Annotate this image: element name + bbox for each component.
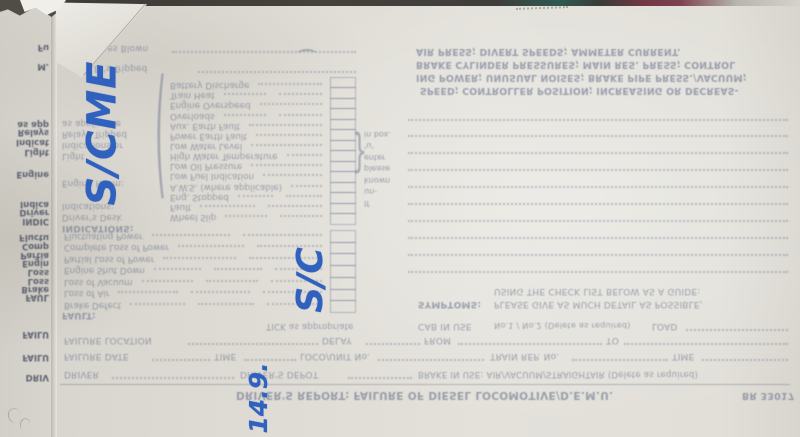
tickbox	[330, 98, 356, 110]
tickbox	[330, 277, 356, 290]
edge-fragment: Engine	[16, 169, 49, 179]
fault-item: Partial Loss of Power	[64, 254, 154, 264]
location-line	[188, 343, 318, 345]
edge-fragment: DRIV	[26, 372, 49, 382]
tickbox	[330, 203, 356, 215]
tickbox	[330, 289, 356, 302]
edge-fragment: INDIC	[22, 216, 49, 226]
checklist-line: SPEED; CONTROLLER POSITION; INCREASING O…	[420, 85, 739, 96]
symptoms-line2: USING THE CHECK LIST BELOW AS A GUIDE:	[494, 286, 700, 296]
indication-item: Power Earth Fault	[170, 131, 247, 141]
indication-item: Overloads	[170, 111, 215, 121]
indication-row: Low Oil Pressure	[170, 162, 326, 171]
edge-fragment: Indicat	[16, 137, 49, 147]
tickbox	[330, 230, 356, 243]
time-label: TIME	[214, 351, 236, 361]
load-label: LOAD	[652, 321, 678, 331]
fault-row: Partial Loss of Power	[64, 255, 326, 264]
symptoms-line1: PLEASE GIVE AS MUCH DETAIL AS POSSIBLE,	[494, 299, 703, 309]
edge-fragment: Indica	[20, 199, 49, 209]
writing-line	[408, 254, 788, 256]
fault-item: Loss of Air	[64, 289, 109, 299]
writing-line	[408, 169, 788, 171]
tickbox	[330, 300, 356, 313]
header-rule	[60, 384, 790, 385]
indication-row: Battery Discharge	[170, 81, 326, 90]
indication-row: A.W.S. (where applicable)	[170, 183, 326, 192]
symptoms-heading: SYMPTOMS:	[418, 299, 481, 309]
indication-item: Low Fuel Indication	[170, 171, 254, 181]
writing-line	[408, 186, 788, 188]
indication-item: Wheel Slip	[170, 212, 216, 222]
fault-row: Loss of Vacuum	[64, 278, 326, 287]
form-number: BR 33017	[742, 390, 795, 401]
handwritten-note-sc: S/C	[290, 228, 330, 332]
indication-item: Fault	[170, 202, 191, 212]
fault-tickbox-column	[330, 230, 356, 312]
from-line	[458, 343, 602, 345]
checklist-line: BRAKE CYLINDER PRESSURES; MAIN RES. PRES…	[416, 59, 735, 70]
handwritten-date: 14.9.	[244, 359, 276, 437]
indication-item: Low Oil Pressure	[170, 161, 242, 171]
indication-row: Engine Overspeed	[170, 101, 326, 110]
adjacent-page-edge: DRIV FAILU FAILU FAUL Brake Loss Loss En…	[0, 0, 51, 437]
page-crease	[51, 0, 57, 437]
writing-line	[408, 119, 788, 121]
indications-list: Wheel Slip Fault Eng. Stopped A.W.S. (wh…	[170, 81, 326, 222]
load-line	[686, 329, 788, 331]
tickbox	[330, 182, 356, 194]
fault-row: Engine Shut Down	[64, 267, 326, 276]
tickbox	[330, 265, 356, 278]
edge-fragment: Fluctu	[19, 232, 49, 242]
scanned-form-page: DRIVER'S REPORT: FAILURE OF DIESEL LOCOM…	[0, 0, 800, 437]
form-title: DRIVER'S REPORT: FAILURE OF DIESEL LOCOM…	[236, 389, 613, 401]
brake-in-use-label: BRAKE IN USE: AIR/VACUUM/STRAIGHTAIR (De…	[418, 369, 698, 379]
unknown-note-line: 'u'	[364, 140, 391, 152]
loco-line	[378, 359, 484, 361]
edge-fragment: Loss	[28, 276, 49, 286]
indication-row: Low Fuel Indication	[170, 172, 326, 181]
indication-item: Low Water Level	[170, 141, 242, 151]
indication-row: Wheel Slip	[170, 213, 326, 222]
indication-row: Low Water Level	[170, 142, 326, 151]
indication-row: High Water Temperature	[170, 152, 326, 161]
indication-item: Train Heat	[170, 90, 215, 100]
cab-options: No.1 / No.2 (Delete as required)	[494, 321, 631, 331]
checklist-line: AIR PRESS; DIVERT SPEEDS; AMMETER CURREN…	[416, 46, 681, 57]
edge-fragment: Light	[24, 147, 49, 157]
indication-row: Power Earth Fault	[170, 132, 326, 141]
edge-fragment: Comp	[22, 241, 49, 251]
to-label: TO	[606, 335, 619, 345]
fault-row: Complete Loss of Power	[64, 244, 326, 253]
edge-fragment: Loss	[28, 267, 49, 277]
unknown-note-line: in box.	[364, 129, 391, 141]
tickbox	[330, 88, 356, 100]
tickbox	[330, 214, 356, 226]
unknown-note-line: enter	[364, 152, 391, 164]
delay-line	[366, 343, 420, 345]
fault-item: Complete Loss of Power	[64, 243, 169, 253]
indication-row: Eng. Stopped	[170, 193, 326, 202]
writing-line	[408, 135, 788, 137]
unknown-note-line: If	[364, 198, 391, 210]
indication-item: Engine Overspeed	[170, 100, 251, 110]
writing-line	[408, 271, 788, 273]
edge-fragment: FAILU	[22, 329, 49, 339]
time2-line	[702, 359, 788, 361]
indication-item: A.W.S. (where applicable)	[170, 182, 282, 192]
time2-label: TIME	[672, 351, 694, 361]
fault-item: Engine Shut Down	[64, 266, 145, 276]
tickbox	[330, 77, 356, 89]
writing-line	[408, 203, 788, 205]
fuses-line	[172, 51, 356, 53]
tickbox	[330, 253, 356, 266]
to-line	[624, 343, 788, 345]
indication-row: Train Heat	[170, 91, 326, 100]
writing-line	[408, 237, 788, 239]
handwritten-note-scme: S/CME	[80, 31, 122, 236]
unknown-note-line: un-	[364, 186, 391, 198]
edge-fragment: Fu	[38, 42, 49, 52]
fault-heading: FAULT:	[62, 310, 96, 320]
indication-row: Aux. Earth Fault	[170, 122, 326, 131]
failure-date-label: FAILURE DATE	[64, 351, 129, 361]
driver-field-line	[112, 377, 234, 379]
loco-unit-label: LOCO/UNIT No.	[300, 351, 370, 361]
indications-brace: (	[155, 57, 166, 222]
stray-pen-mark	[298, 49, 316, 57]
delay-label: DELAY	[322, 335, 352, 345]
fault-item: Brake Defect	[64, 300, 121, 310]
indication-row: Overloads	[170, 112, 326, 121]
edge-fragment: Partia	[20, 250, 49, 260]
from-label: FROM	[424, 335, 451, 345]
failure-location-label: FAILURE LOCATION	[64, 335, 152, 345]
tickbox	[330, 109, 356, 121]
edge-fragment: M.	[37, 61, 49, 71]
driver-label: DRIVER	[64, 369, 99, 379]
writing-line	[408, 152, 788, 154]
cab-in-use-label: CAB IN USE	[418, 321, 472, 331]
unknown-note-line: known	[364, 175, 391, 187]
indication-item: Battery Discharge	[170, 80, 249, 90]
tickbox	[330, 193, 356, 205]
depot-field-line	[348, 377, 412, 379]
writing-line	[408, 220, 788, 222]
fault-row: Brake Defect	[64, 301, 326, 310]
edge-fragment: as app	[17, 119, 49, 129]
tickbox	[330, 242, 356, 255]
indication-row: Fault	[170, 203, 326, 212]
indication-item: Aux. Earth Fault	[170, 121, 240, 131]
mcb-line	[198, 71, 356, 73]
indication-item: High Water Temperature	[170, 151, 278, 161]
unknown-note-line: please	[364, 163, 391, 175]
train-rep-line	[572, 359, 668, 361]
fault-item: Loss of Vacuum	[64, 277, 133, 287]
indication-item: Eng. Stopped	[170, 192, 229, 202]
unknown-note: If un- known please enter 'u' in box.	[364, 129, 391, 210]
fault-row: Loss of Air	[64, 290, 326, 299]
train-rep-label: TRAIN REP. No.	[490, 351, 559, 361]
failure-date-line	[152, 359, 210, 361]
fault-list: Brake Defect Loss of Air Loss of Vacuum …	[64, 232, 326, 310]
checklist-line: ING POWER; UNUSUAL NOISES; BRAKE PIPE PR…	[416, 72, 747, 83]
edge-fragment: FAILU	[22, 352, 49, 362]
